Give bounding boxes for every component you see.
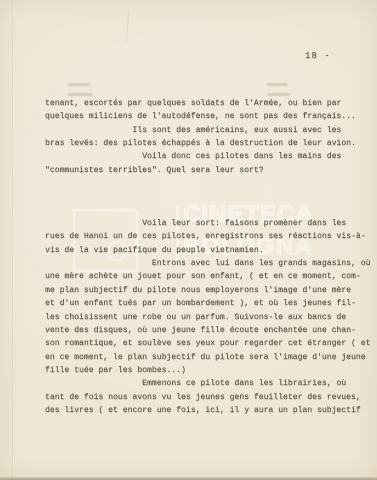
text-line: fille tuée par les bombes...)	[45, 364, 375, 377]
scratch-mark	[126, 12, 129, 42]
text-line: et d'un enfant tués par un bombardement …	[45, 297, 375, 310]
text-line: vis de la vie pacifique du peuple vietna…	[45, 244, 375, 257]
text-line: me plan subjectif du pilote nous employe…	[45, 284, 375, 297]
bleedthrough-mark	[267, 83, 288, 86]
page-number: 18 -	[305, 51, 331, 61]
text-line: bras levés: des pilotes échappés à la de…	[45, 137, 375, 150]
text-line: tant de fois nous avons vu les jeunes ge…	[45, 391, 375, 404]
text-line: Voila donc ces pilotes dans les mains de…	[45, 150, 375, 163]
text-line	[45, 177, 375, 190]
text-line: une mère achète un jouet pour son enfant…	[45, 270, 375, 283]
bleedthrough-mark	[68, 83, 90, 86]
text-line: Voila leur sort: faisons promèner dans l…	[45, 217, 375, 230]
text-line: rues de Hanoi un de ces pilotes, enregis…	[45, 230, 375, 243]
text-line: Entrons avec lui dans les grands magasin…	[45, 257, 375, 270]
text-line	[45, 204, 375, 217]
text-line: quelques miliciens de l'autodéfense, ne …	[45, 110, 375, 123]
text-line: des livres ( et encore une fois, ici, il…	[45, 404, 375, 417]
scanned-typewritten-page: CINETECA BOLOGNA 18 - tenant, escortés p…	[0, 0, 377, 480]
text-line: son romantique, et soulève ses yeux pour…	[45, 337, 375, 350]
bleedthrough-mark	[68, 93, 93, 96]
typewritten-text: tenant, escortés par quelques soldats de…	[45, 97, 375, 417]
bleedthrough-mark	[267, 93, 290, 96]
text-line: tenant, escortés par quelques soldats de…	[45, 97, 375, 110]
text-line: en ce moment, le plan subjectif du pilot…	[45, 351, 375, 364]
text-line: Emmenons ce pilote dans les librairies, …	[45, 377, 375, 390]
text-line	[45, 190, 375, 203]
text-line: les choisissent une robe ou un parfum. S…	[45, 311, 375, 324]
text-line: vente des disques, où une jeune fille éc…	[45, 324, 375, 337]
text-line: Ils sont des américains, eux aussi avec …	[45, 124, 375, 137]
paper-crease	[12, 0, 13, 480]
text-line: "communistes terribles". Quel sera leur …	[45, 164, 375, 177]
